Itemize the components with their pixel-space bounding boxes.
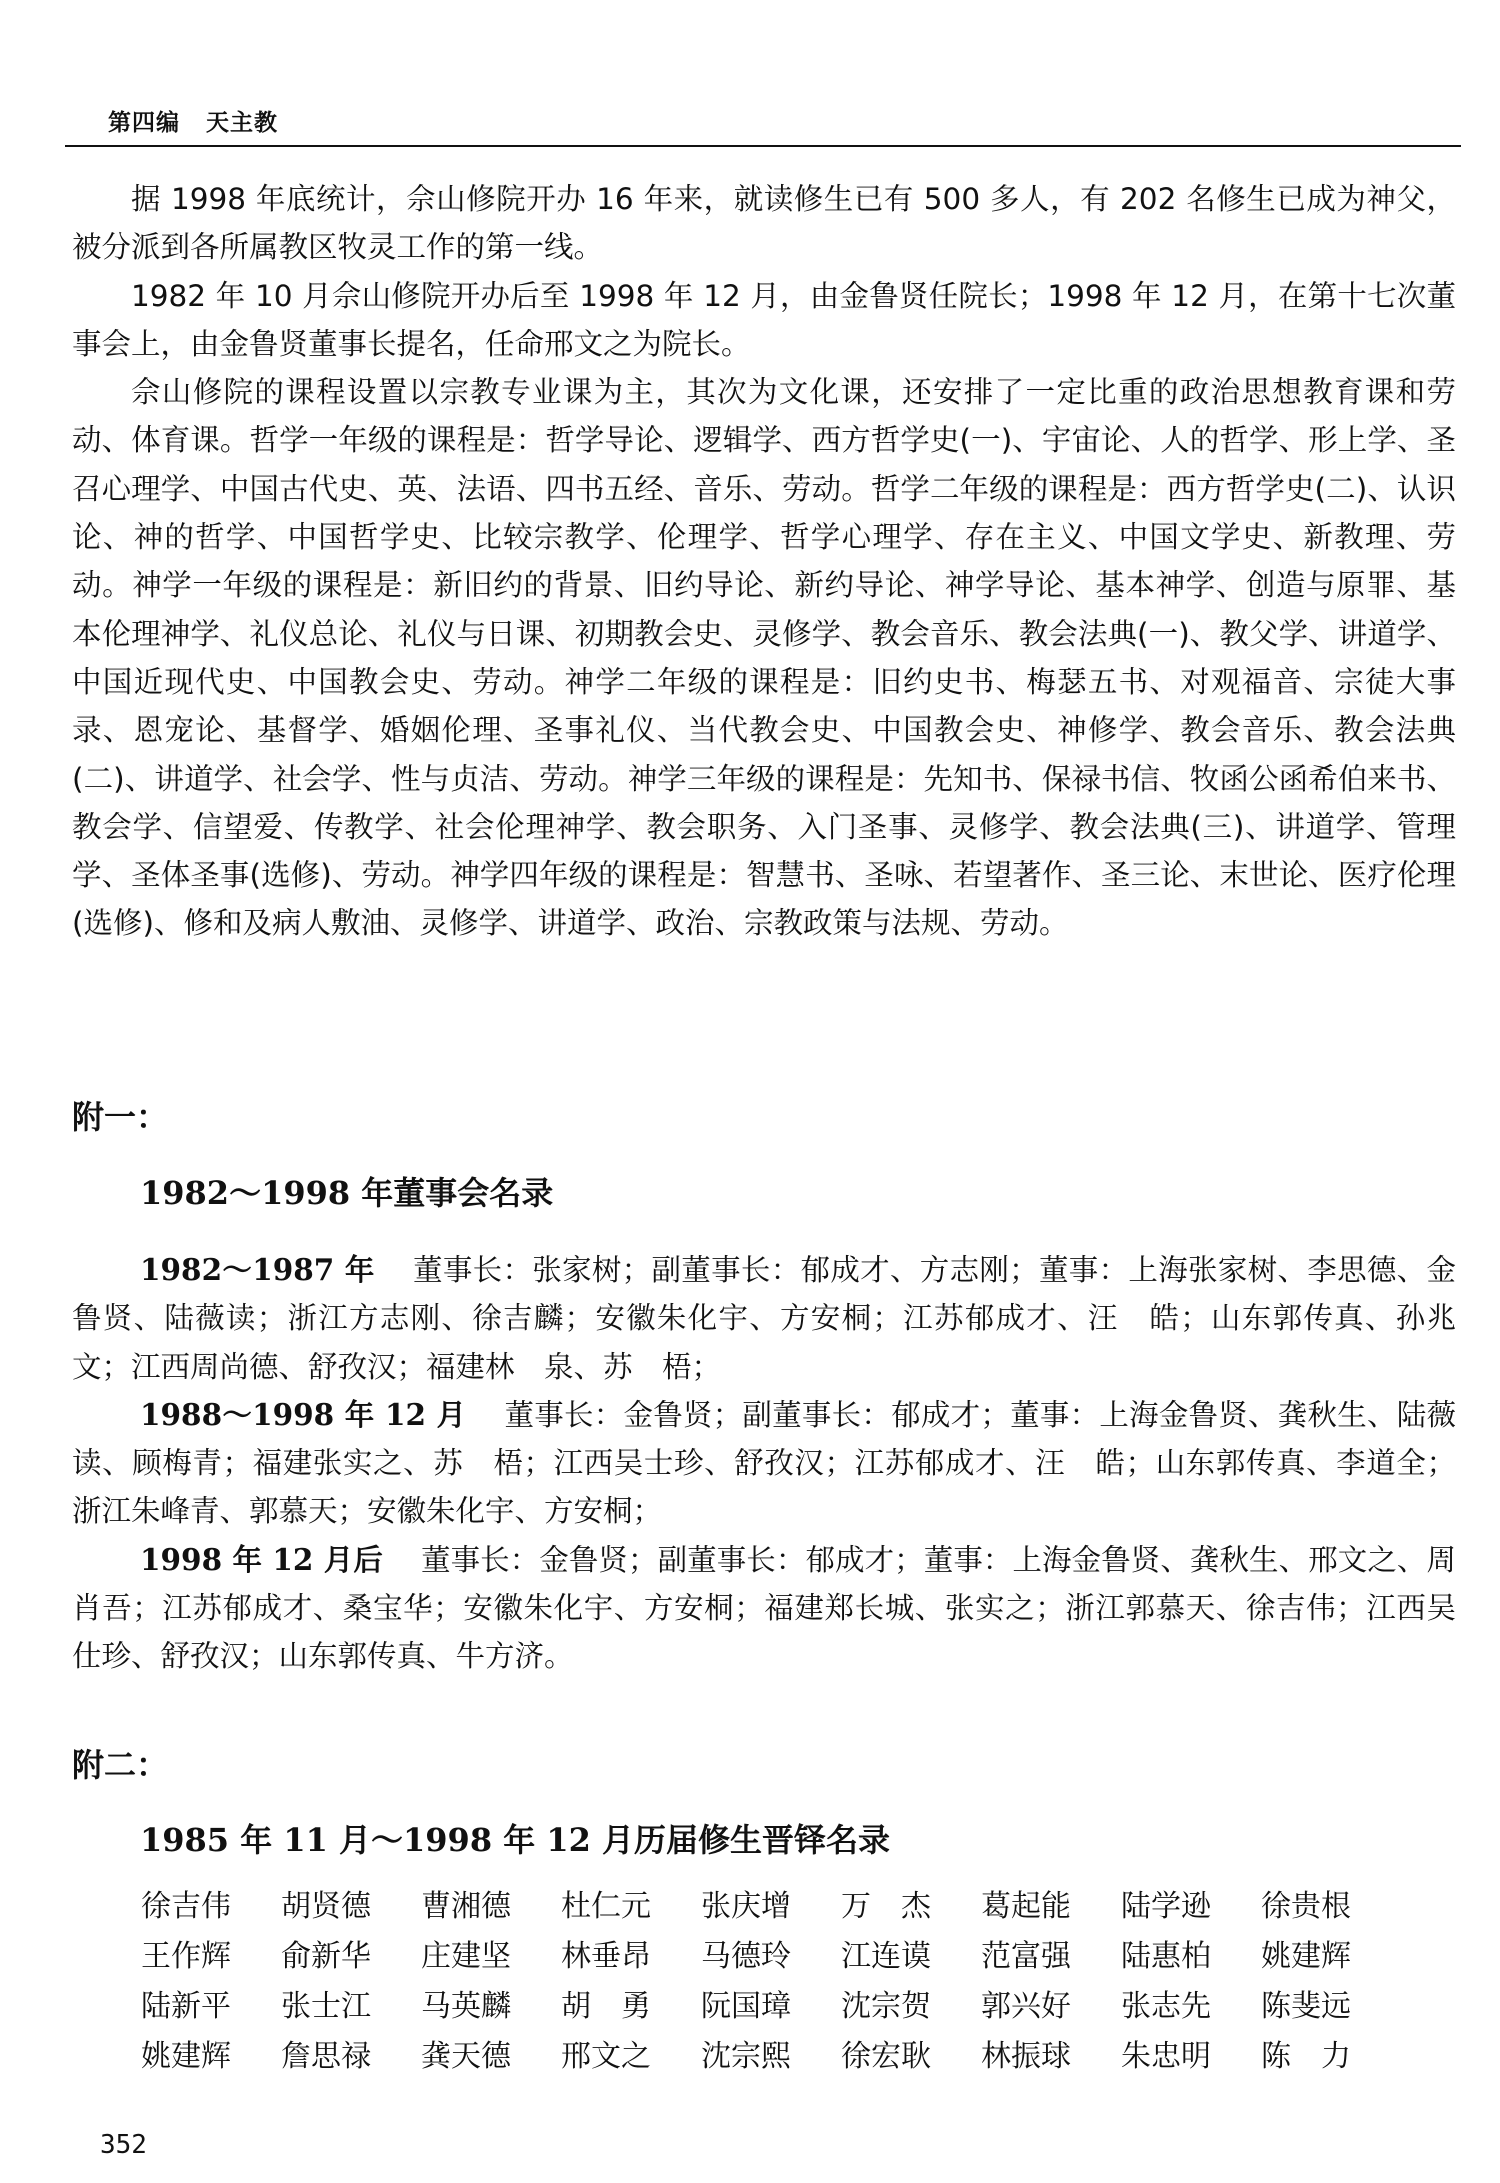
ordination-name-list: 徐吉伟胡贤德曹湘德杜仁元张庆增万 杰葛起能陆学逊徐贵根 王作辉俞新华庄建坚林垂昂… xyxy=(141,1882,1401,2082)
name: 徐贵根 xyxy=(1261,1882,1401,1932)
name: 曹湘德 xyxy=(421,1882,561,1932)
name: 龚天德 xyxy=(421,2032,561,2082)
name-row: 徐吉伟胡贤德曹湘德杜仁元张庆增万 杰葛起能陆学逊徐贵根 xyxy=(141,1882,1401,1932)
name: 王作辉 xyxy=(141,1932,281,1982)
running-header: 第四编天主教 xyxy=(108,104,278,137)
name: 俞新华 xyxy=(281,1932,421,1982)
name: 庄建坚 xyxy=(421,1932,561,1982)
name: 朱忠明 xyxy=(1121,2032,1261,2082)
board-list: 1982～1987 年董事长：张家树；副董事长：郁成才、方志刚；董事：上海张家树… xyxy=(72,1246,1456,1681)
name: 陈斐远 xyxy=(1261,1982,1401,2032)
name: 胡贤德 xyxy=(281,1882,421,1932)
name: 陈 力 xyxy=(1261,2032,1401,2082)
header-part: 第四编 xyxy=(108,110,180,136)
name: 郭兴好 xyxy=(981,1982,1121,2032)
name: 张士江 xyxy=(281,1982,421,2032)
name: 葛起能 xyxy=(981,1882,1121,1932)
name: 徐宏耿 xyxy=(841,2032,981,2082)
appendix-2-label: 附二： xyxy=(72,1740,168,1786)
name: 徐吉伟 xyxy=(141,1882,281,1932)
name: 沈宗熙 xyxy=(701,2032,841,2082)
name: 姚建辉 xyxy=(1261,1932,1401,1982)
name: 江连谟 xyxy=(841,1932,981,1982)
name: 陆新平 xyxy=(141,1982,281,2032)
name: 林垂昂 xyxy=(561,1932,701,1982)
name: 邢文之 xyxy=(561,2032,701,2082)
name: 詹思禄 xyxy=(281,2032,421,2082)
name: 杜仁元 xyxy=(561,1882,701,1932)
header-title: 天主教 xyxy=(206,110,278,136)
name: 张庆增 xyxy=(701,1882,841,1932)
appendix-2-title: 1985 年 11 月～1998 年 12 月历届修生晋铎名录 xyxy=(140,1815,890,1861)
paragraph-statistics: 据 1998 年底统计，佘山修院开办 16 年来，就读修生已有 500 多人，有… xyxy=(72,175,1456,272)
board-entry: 1998 年 12 月后董事长：金鲁贤；副董事长：郁成才；董事：上海金鲁贤、龚秋… xyxy=(72,1536,1456,1681)
name: 胡 勇 xyxy=(561,1982,701,2032)
name: 马英麟 xyxy=(421,1982,561,2032)
name: 万 杰 xyxy=(841,1882,981,1932)
board-period: 1998 年 12 月后 xyxy=(140,1542,383,1577)
paragraph-curriculum: 佘山修院的课程设置以宗教专业课为主，其次为文化课，还安排了一定比重的政治思想教育… xyxy=(72,368,1456,948)
page-number: 352 xyxy=(100,2130,147,2160)
name: 沈宗贺 xyxy=(841,1982,981,2032)
name: 林振球 xyxy=(981,2032,1121,2082)
body-paragraphs: 据 1998 年底统计，佘山修院开办 16 年来，就读修生已有 500 多人，有… xyxy=(72,175,1456,948)
name: 陆惠柏 xyxy=(1121,1932,1261,1982)
name: 范富强 xyxy=(981,1932,1121,1982)
name: 马德玲 xyxy=(701,1932,841,1982)
appendix-1-label: 附一： xyxy=(72,1092,168,1138)
board-entry: 1982～1987 年董事长：张家树；副董事长：郁成才、方志刚；董事：上海张家树… xyxy=(72,1246,1456,1391)
board-period: 1982～1987 年 xyxy=(140,1252,375,1287)
appendix-1-title: 1982～1998 年董事会名录 xyxy=(140,1168,553,1214)
name-row: 陆新平张士江马英麟胡 勇阮国璋沈宗贺郭兴好张志先陈斐远 xyxy=(141,1982,1401,2032)
name-row: 姚建辉詹思禄龚天德邢文之沈宗熙徐宏耿林振球朱忠明陈 力 xyxy=(141,2032,1401,2082)
name: 姚建辉 xyxy=(141,2032,281,2082)
name: 阮国璋 xyxy=(701,1982,841,2032)
header-rule xyxy=(65,145,1461,147)
name-row: 王作辉俞新华庄建坚林垂昂马德玲江连谟范富强陆惠柏姚建辉 xyxy=(141,1932,1401,1982)
name: 张志先 xyxy=(1121,1982,1261,2032)
name: 陆学逊 xyxy=(1121,1882,1261,1932)
paragraph-rectors: 1982 年 10 月佘山修院开办后至 1998 年 12 月，由金鲁贤任院长；… xyxy=(72,272,1456,369)
board-entry: 1988～1998 年 12 月董事长：金鲁贤；副董事长：郁成才；董事：上海金鲁… xyxy=(72,1391,1456,1536)
board-period: 1988～1998 年 12 月 xyxy=(140,1397,466,1432)
